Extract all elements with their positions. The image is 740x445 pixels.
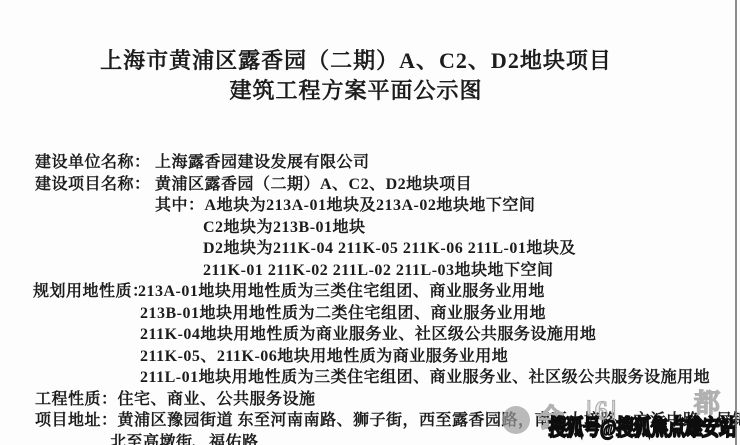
field-row-land-use-5: 211L-01地块用地性质为三类住宅组团、商业服务业、社区级公共服务设施用地 [0,367,740,389]
field-row-land-use-4: 211K-05、211K-06地块用地性质为商业服务业用地 [0,346,740,368]
field-label-project-address: 项目地址： [35,410,118,432]
field-row-land-use-2: 213B-01地块用地性质为二类住宅组团、商业服务业用地 [0,303,740,325]
notice-document-page: 上海市黄浦区露香园（二期）A、C2、D2地块项目 建筑工程方案平面公示图 建设单… [0,0,740,445]
field-label-project-name: 建设项目名称： [35,174,155,196]
field-label-land-use: 规划用地性质： [33,281,138,303]
field-label-project-nature: 工程性质： [35,389,118,411]
subplots-line1: A地块为213A-01地块及213A-02地块地下空间 [205,197,536,214]
field-label-construction-unit: 建设单位名称： [35,152,155,174]
field-row-land-use-3: 211K-04地块用地性质为商业服务业、社区级公共服务设施用地 [0,324,740,346]
watermark-sohu-badge: 搜狐号@搜狐焦点雄安站 [548,411,737,442]
field-row-project-nature: 工程性质：住宅、商业、公共服务设施 [0,389,740,411]
page-edge-line [735,0,737,445]
field-row-subplots-2: C2地块为213B-01地块 [0,217,740,239]
document-title-line1: 上海市黄浦区露香园（二期）A、C2、D2地块项目 [0,46,712,76]
field-row-subplots-4: 211K-01 211K-02 211L-02 211L-03地块地下空间 [0,260,740,282]
subplots-line4: 211K-01 211K-02 211L-02 211L-03地块地下空间 [203,262,554,279]
land-use-line5: 211L-01地块用地性质为三类住宅组团、商业服务业、社区级公共服务设施用地 [140,369,710,386]
field-row-construction-unit: 建设单位名称：上海露香园建设发展有限公司 [0,152,740,174]
subplots-prefix: 其中： [155,197,205,214]
document-body: 建设单位名称：上海露香园建设发展有限公司 建设项目名称：黄浦区露香园（二期）A、… [0,152,740,445]
land-use-line3: 211K-04地块用地性质为商业服务业、社区级公共服务设施用地 [140,326,596,343]
field-value-construction-unit: 上海露香园建设发展有限公司 [155,154,370,171]
field-row-subplots-3: D2地块为211K-04 211K-05 211K-06 211L-01地块及 [0,238,740,260]
land-use-line4: 211K-05、211K-06地块用地性质为商业服务业用地 [140,348,508,365]
land-use-line2: 213B-01地块用地性质为二类住宅组团、商业服务业用地 [140,305,546,322]
land-use-line1: 213A-01地块用地性质为三类住宅组团、商业服务业用地 [138,283,545,300]
field-value-project-name: 黄浦区露香园（二期）A、C2、D2地块项目 [155,176,472,193]
subplots-line2: C2地块为213B-01地块 [203,219,366,236]
field-value-project-address-line2: 北至高墩街、福佑路 [110,434,259,445]
field-row-land-use-1: 规划用地性质：213A-01地块用地性质为三类住宅组团、商业服务业用地 [0,281,740,303]
field-value-project-nature: 住宅、商业、公共服务设施 [118,391,316,408]
subplots-line3: D2地块为211K-04 211K-05 211K-06 211L-01地块及 [203,240,576,257]
field-row-project-name: 建设项目名称：黄浦区露香园（二期）A、C2、D2地块项目 [0,174,740,196]
field-row-subplots-1: 其中：A地块为213A-01地块及213A-02地块地下空间 [0,195,740,217]
document-title-line2: 建筑工程方案平面公示图 [0,76,712,106]
watermark-logo-circle [502,406,530,434]
document-title: 上海市黄浦区露香园（二期）A、C2、D2地块项目 建筑工程方案平面公示图 [0,46,712,106]
